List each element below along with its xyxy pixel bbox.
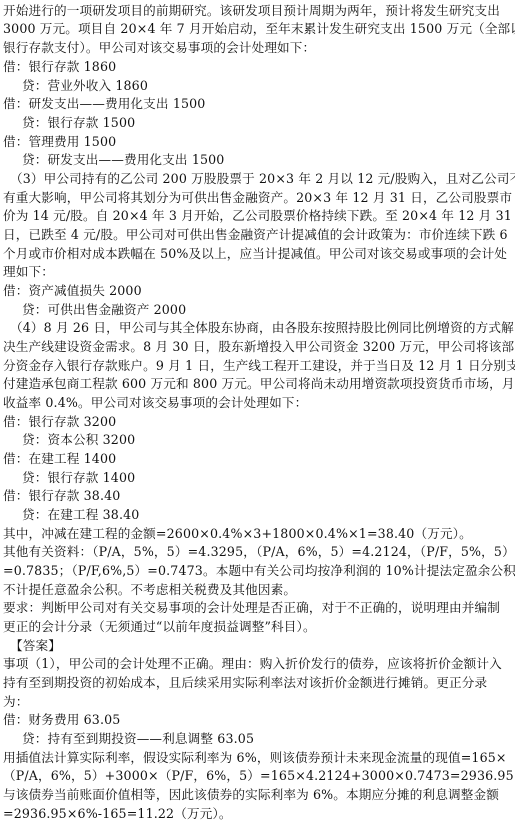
text-line: 与该债券当前账面价值相等，因此该债券的实际利率为 6%。本期应分摊的利息调整金额 bbox=[3, 786, 515, 805]
text-line: （4）8 月 26 日，甲公司与其全体股东协商，由各股东按照持股比例同比例增资的… bbox=[10, 319, 515, 338]
text-line: 日，已跌至 4 元/股。甲公司对可供出售金融资产计提减值的会计政策为：市价连续下… bbox=[3, 226, 515, 245]
journal-credit-line: 贷：研发支出——费用化支出 1500 bbox=[22, 151, 515, 170]
requirement-line: 更正的会计分录（无须通过“以前年度损益调整”科目）。 bbox=[3, 618, 515, 637]
text-line: 银行存款支付）。甲公司对该交易事项的会计处理如下： bbox=[3, 39, 515, 58]
text-line: 付建造承包商工程款 600 万元和 800 万元。甲公司将尚未动用增资款项投资货… bbox=[3, 375, 515, 394]
text-line: （3）甲公司持有的乙公司 200 万股股票于 20×3 年 2 月以 12 元/… bbox=[10, 170, 515, 189]
text-line: （P/A，6%，5）+3000×（P/F，6%，5）=165×4.2124+30… bbox=[3, 767, 515, 786]
journal-debit-line: 借：财务费用 63.05 bbox=[3, 711, 515, 730]
text-line: 开始进行的一项研发项目的前期研究。该研发项目预计周期为两年，预计将发生研究支出 bbox=[3, 2, 515, 21]
text-line: 理如下： bbox=[3, 263, 515, 282]
text-line: 事项（1），甲公司的会计处理不正确。理由：购入折价发行的债券，应该将折价金额计入 bbox=[3, 655, 515, 674]
text-line: 收益率 0.4%。甲公司对该交易事项的会计处理如下： bbox=[3, 394, 515, 413]
text-line: =2936.95×6%-165=11.22（万元）。 bbox=[3, 805, 515, 824]
journal-credit-line: 贷：银行存款 1500 bbox=[22, 114, 515, 133]
journal-debit-line: 借：管理费用 1500 bbox=[3, 133, 515, 152]
text-line: 其中，冲减在建工程的金额=2600×0.4%×3+1800×0.4%×1=38.… bbox=[3, 525, 515, 544]
journal-debit-line: 借：资产减值损失 2000 bbox=[3, 282, 515, 301]
text-line: 持有至到期投资的初始成本，且后续采用实际利率法对该折价金额进行摊销。更正分录 bbox=[3, 674, 515, 693]
text-line: =0.7835；（P/F,6%,5）=0.7473。本题中有关公司均按净利润的 … bbox=[3, 562, 515, 581]
text-line: 分资金存入银行存款账户。9 月 1 日，生产线工程开工建设，并于当日及 12 月… bbox=[3, 357, 515, 376]
journal-credit-line: 贷：资本公积 3200 bbox=[22, 431, 515, 450]
text-line: 决生产线建设资金需求。8 月 30 日，股东新增投入甲公司资金 3200 万元，… bbox=[3, 338, 515, 357]
text-line: 不计提任意盈余公积。不考虑相关税费及其他因素。 bbox=[3, 581, 515, 600]
journal-debit-line: 借：银行存款 38.40 bbox=[3, 487, 515, 506]
journal-debit-line: 借：在建工程 1400 bbox=[3, 450, 515, 469]
text-line: 用插值法计算实际利率，假设实际利率为 6%，则该债券预计未来现金流量的现值=16… bbox=[3, 749, 515, 768]
journal-credit-line: 贷：营业外收入 1860 bbox=[22, 77, 515, 96]
journal-credit-line: 贷：银行存款 1400 bbox=[22, 469, 515, 488]
journal-debit-line: 借：研发支出——费用化支出 1500 bbox=[3, 95, 515, 114]
text-line: 为： bbox=[3, 693, 515, 712]
text-line: 价为 14 元/股。自 20×4 年 3 月开始，乙公司股票价格持续下跌。至 2… bbox=[3, 207, 515, 226]
journal-credit-line: 贷：在建工程 38.40 bbox=[22, 506, 515, 525]
text-line: 有重大影响，甲公司将其划分为可供出售金融资产。20×3 年 12 月 31 日，… bbox=[3, 189, 515, 208]
document-page: 开始进行的一项研发项目的前期研究。该研发项目预计周期为两年，预计将发生研究支出 … bbox=[0, 0, 519, 837]
text-line: 其他有关资料：（P/A，5%，5）=4.3295，（P/A，6%，5）=4.21… bbox=[3, 543, 515, 562]
journal-credit-line: 贷：可供出售金融资产 2000 bbox=[22, 301, 515, 320]
journal-debit-line: 借：银行存款 1860 bbox=[3, 58, 515, 77]
journal-debit-line: 借：银行存款 3200 bbox=[3, 413, 515, 432]
journal-credit-line: 贷：持有至到期投资——利息调整 63.05 bbox=[22, 730, 515, 749]
answer-heading: 【答案】 bbox=[10, 637, 515, 656]
text-line: 个月或市价相对成本跌幅在 50%及以上，应当计提减值。甲公司对该交易或事项的会计… bbox=[3, 245, 515, 264]
requirement-line: 要求：判断甲公司对有关交易事项的会计处理是否正确，对于不正确的，说明理由并编制 bbox=[3, 599, 515, 618]
text-line: 3000 万元。项目自 20×4 年 7 月开始启动，至年末累计发生研究支出 1… bbox=[3, 20, 515, 39]
